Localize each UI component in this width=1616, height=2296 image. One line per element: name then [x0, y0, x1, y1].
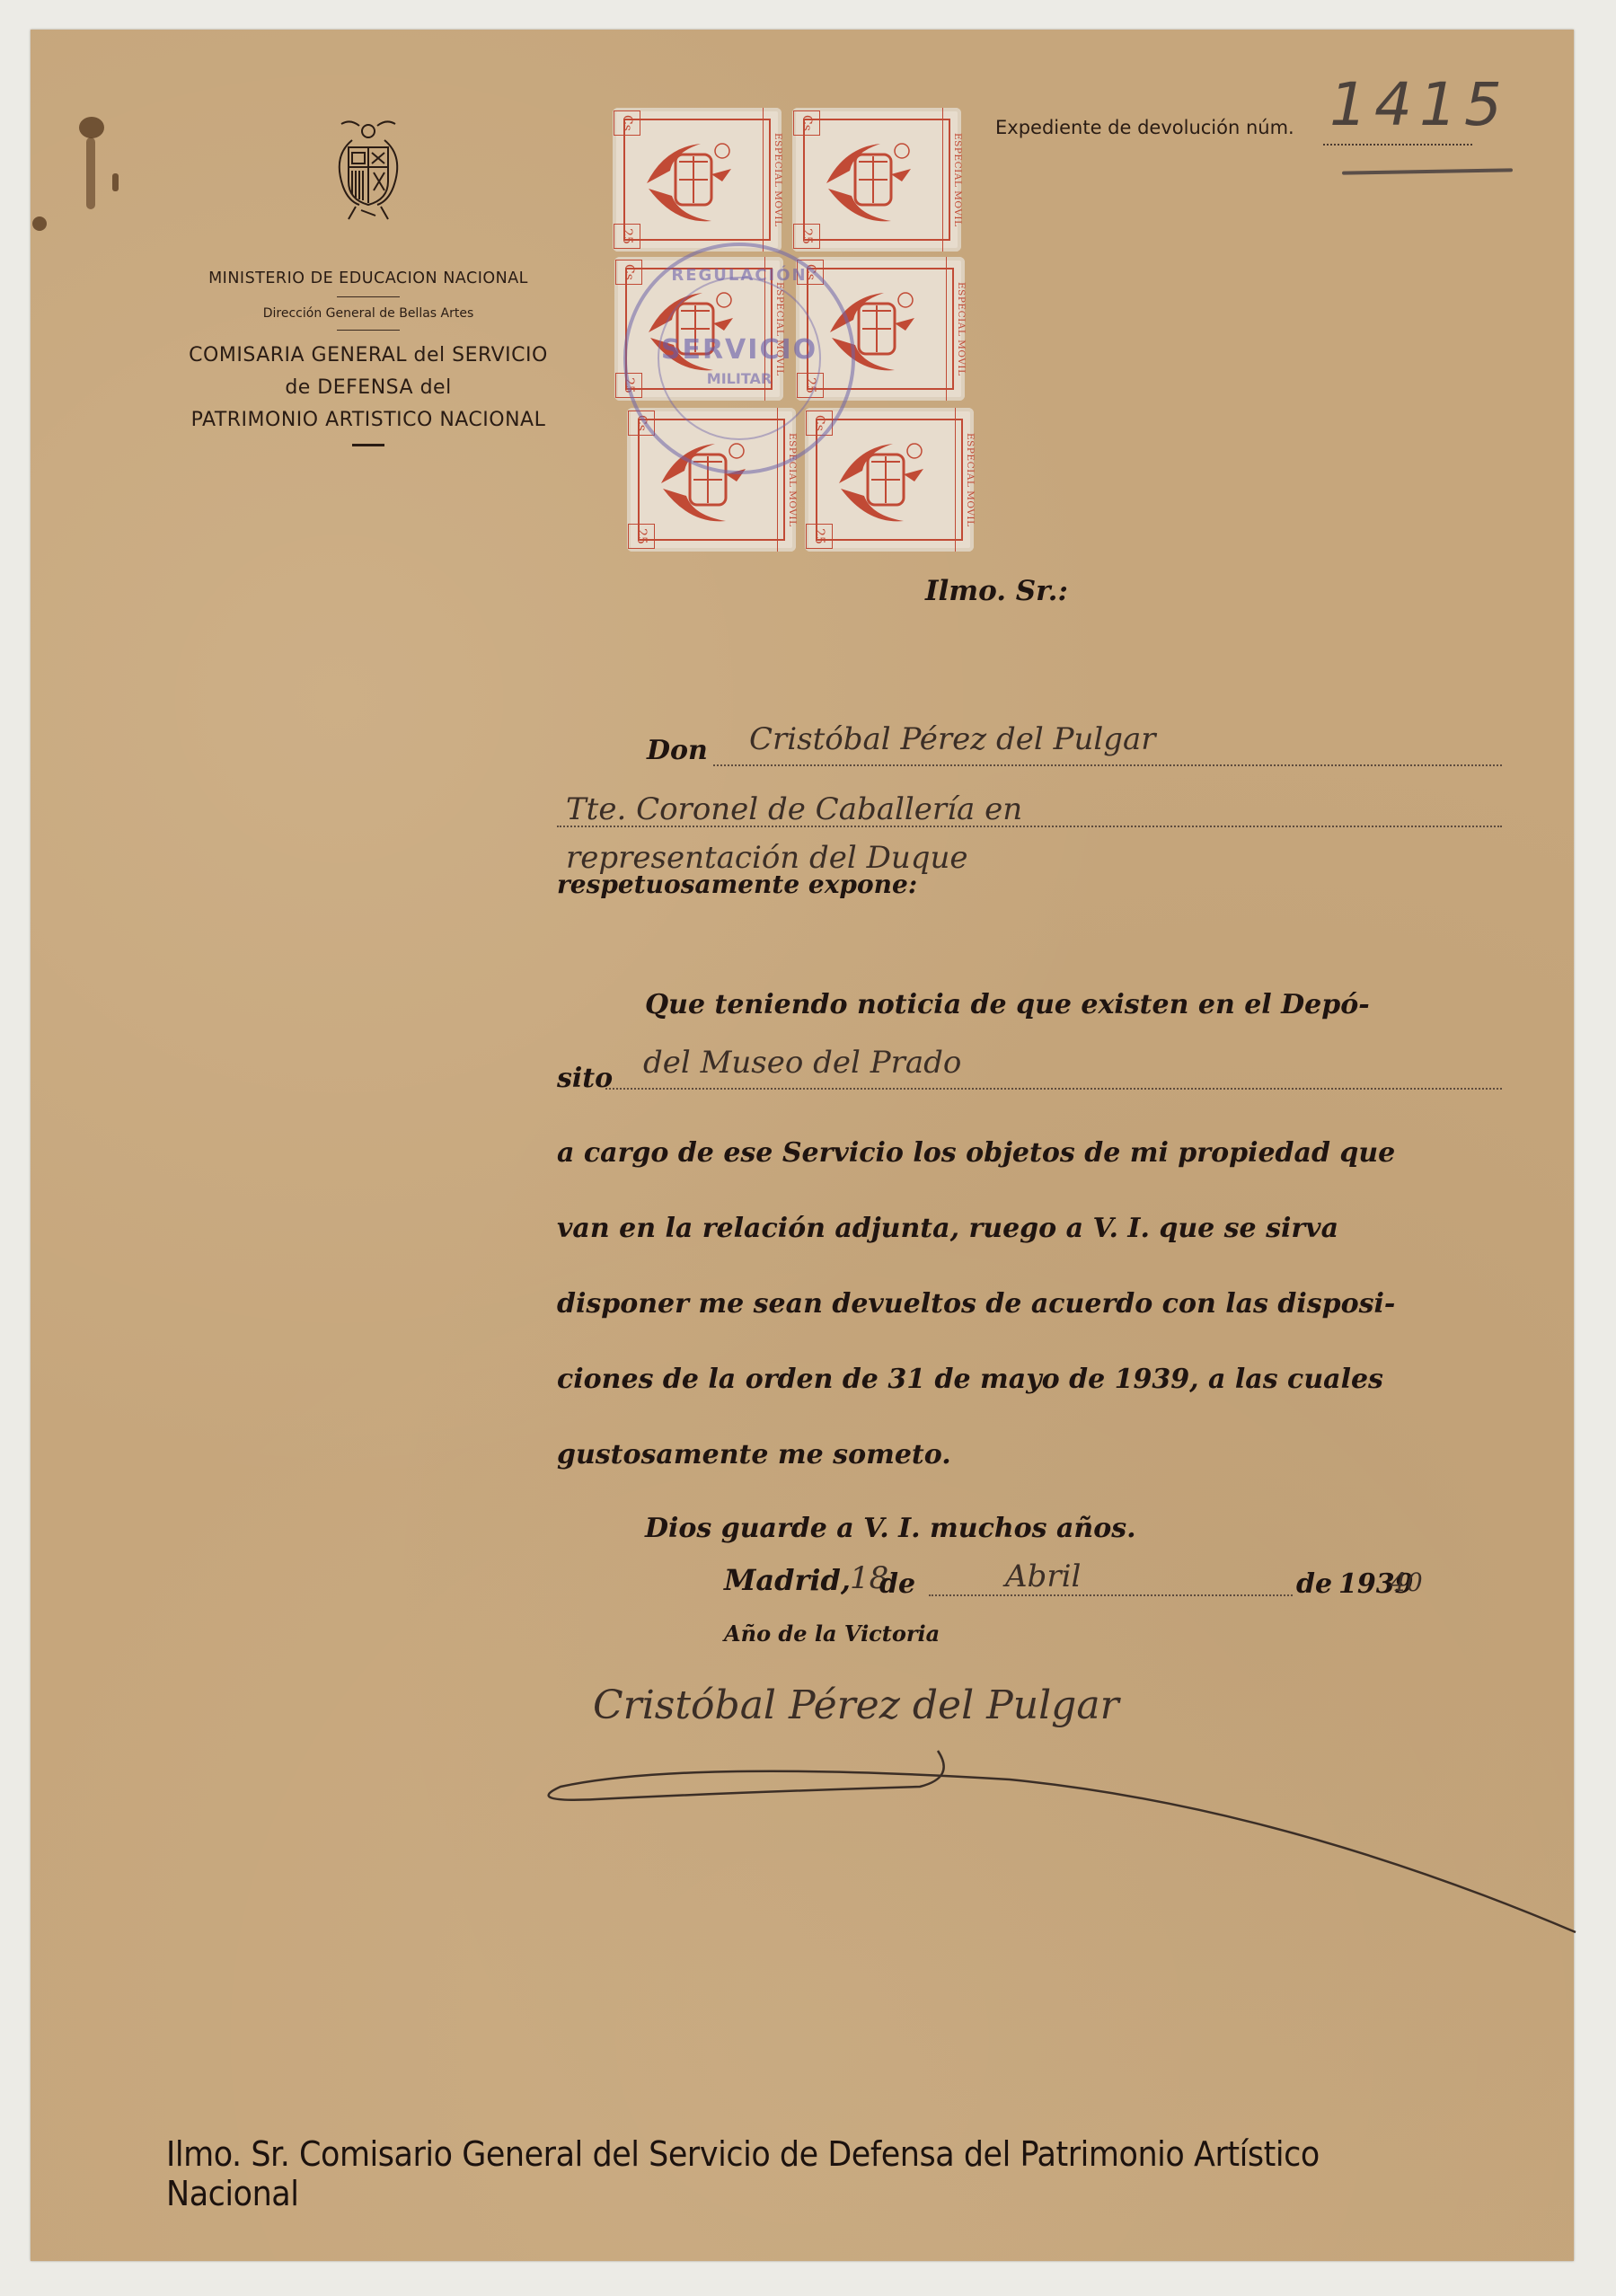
- ministry-name: MINISTERIO DE EDUCACION NACIONAL: [135, 269, 602, 287]
- stain-mark: [79, 117, 104, 138]
- name-field-line: [713, 764, 1502, 766]
- stain-mark: [112, 173, 119, 191]
- deposit-field-line: [605, 1088, 1502, 1090]
- eagle-crest-icon: [832, 429, 932, 528]
- revenue-stamp: Cs 25 ESPECIAL MOVIL: [805, 408, 974, 552]
- pencil-underline: [1342, 168, 1513, 174]
- revenue-stamps-block: Cs 25 ESPECIAL MOVIL Cs 25 ESPECIAL MOVI…: [613, 108, 974, 557]
- don-label: Don: [647, 735, 708, 766]
- expone-label: respetuosamente expone:: [557, 870, 917, 899]
- petitioner-name-handwritten: Cristóbal Pérez del Pulgar: [749, 721, 1156, 757]
- signature-handwritten: Cristóbal Pérez del Pulgar: [593, 1682, 1119, 1728]
- spanish-coat-of-arms-icon: [325, 117, 411, 223]
- signature-flourish: [543, 1736, 1594, 1943]
- eagle-crest-icon: [640, 129, 740, 228]
- date-year-correction-handwritten: 40: [1391, 1567, 1423, 1597]
- expediente-label: Expediente de devolución núm.: [995, 117, 1294, 138]
- comisaria-line-2: de DEFENSA del: [135, 372, 602, 404]
- sito-label: sito: [557, 1063, 613, 1094]
- divider: [337, 296, 400, 297]
- document-page: MINISTERIO DE EDUCACION NACIONAL Direcci…: [31, 30, 1574, 2261]
- revenue-stamp: Cs 25 ESPECIAL MOVIL: [613, 108, 782, 252]
- body-line-1: Que teniendo noticia de que existen en e…: [645, 989, 1370, 1020]
- revenue-stamp: Cs 25 ESPECIAL MOVIL: [627, 408, 796, 552]
- comisaria-line-3: PATRIMONIO ARTISTICO NACIONAL: [135, 404, 602, 437]
- salutation: Ilmo. Sr.:: [925, 575, 1068, 607]
- divider: [337, 330, 400, 331]
- date-city: Madrid,: [724, 1563, 851, 1597]
- comisaria-line-1: COMISARIA GENERAL del SERVICIO: [135, 340, 602, 372]
- date-de-2: de: [1296, 1568, 1332, 1600]
- stain-mark: [86, 137, 95, 209]
- deposit-handwritten: del Museo del Prado: [643, 1045, 961, 1081]
- date-field-line: [929, 1594, 1293, 1596]
- revenue-stamp: Cs 25 ESPECIAL MOVIL: [792, 108, 961, 252]
- divider: [352, 444, 384, 446]
- eagle-crest-icon: [823, 278, 923, 377]
- date-de-1: de: [879, 1568, 915, 1600]
- closing-line: Dios guarde a V. I. muchos años.: [645, 1513, 1136, 1544]
- stain-mark: [32, 216, 47, 231]
- body-line-5: ciones de la orden de 31 de mayo de 1939…: [557, 1364, 1383, 1395]
- body-line-4: disponer me sean devueltos de acuerdo co…: [557, 1288, 1395, 1320]
- expediente-number: 1415: [1329, 70, 1509, 139]
- body-line-3: van en la relación adjunta, ruego a V. I…: [557, 1213, 1338, 1244]
- eagle-crest-icon: [819, 129, 920, 228]
- letterhead: MINISTERIO DE EDUCACION NACIONAL Direcci…: [135, 117, 602, 446]
- petitioner-title-handwritten: Tte. Coronel de Caballería en: [566, 791, 1022, 827]
- date-month-handwritten: Abril: [1005, 1559, 1081, 1594]
- body-line-2: a cargo de ese Servicio los objetos de m…: [557, 1137, 1395, 1169]
- direccion-general: Dirección General de Bellas Artes: [135, 306, 602, 321]
- addressee-footer: Ilmo. Sr. Comisario General del Servicio…: [166, 2134, 1461, 2213]
- ano-de-la-victoria: Año de la Victoria: [724, 1620, 940, 1647]
- eagle-crest-icon: [654, 429, 755, 528]
- body-line-6: gustosamente me someto.: [557, 1439, 951, 1470]
- eagle-crest-icon: [641, 278, 742, 377]
- revenue-stamp: Cs 25 ESPECIAL MOVIL: [796, 257, 965, 401]
- revenue-stamp: Cs 25 ESPECIAL MOVIL: [614, 257, 783, 401]
- expediente-field-line: [1323, 144, 1472, 146]
